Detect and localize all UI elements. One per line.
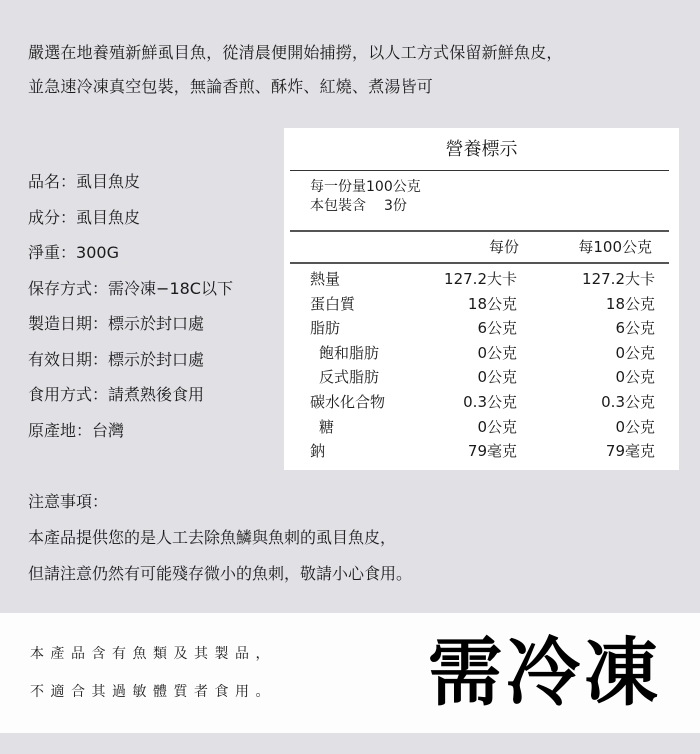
column-header-per-serving: 每份 bbox=[489, 236, 519, 257]
nutrition-facts-panel: 營養標示 每一份量100公克 本包裝含3份 每份 每100公克 熱量127.2大… bbox=[284, 128, 679, 470]
spec-ingredients: 成分：虱目魚皮 bbox=[28, 200, 233, 236]
serving-size: 每一份量100公克 bbox=[310, 178, 421, 197]
notice-section: 注意事項： 本產品提供您的是人工去除魚鱗與魚刺的虱目魚皮， 但請注意仍然有可能殘… bbox=[28, 484, 412, 592]
intro-line: 並急速冷凍真空包裝，無論香煎、酥炸、紅燒、煮湯皆可 bbox=[28, 70, 688, 104]
nutrition-rows: 熱量127.2大卡127.2大卡 蛋白質18公克18公克 脂肪6公克6公克 飽和… bbox=[284, 267, 679, 464]
notice-line: 但請注意仍然有可能殘存微小的魚刺，敬請小心食用。 bbox=[28, 556, 412, 592]
spec-net-weight: 淨重：300G bbox=[28, 235, 233, 271]
serving-info: 每一份量100公克 本包裝含3份 bbox=[310, 178, 421, 216]
column-header-per-100g: 每100公克 bbox=[578, 236, 652, 257]
product-specs: 品名：虱目魚皮 成分：虱目魚皮 淨重：300G 保存方式：需冷凍−18C以下 製… bbox=[28, 164, 233, 448]
spec-usage: 食用方式：請煮熟後食用 bbox=[28, 377, 233, 413]
allergy-banner: 本產品含有魚類及其製品， 不適合其過敏體質者食用。 需冷凍 bbox=[0, 613, 700, 733]
nutrition-row: 反式脂肪0公克0公克 bbox=[284, 365, 679, 390]
intro-text: 嚴選在地養殖新鮮虱目魚，從清晨便開始捕撈，以人工方式保留新鮮魚皮， 並急速冷凍真… bbox=[28, 36, 688, 104]
spec-expiry-date: 有效日期：標示於封口處 bbox=[28, 342, 233, 378]
allergy-line: 本產品含有魚類及其製品， bbox=[30, 635, 276, 673]
nutrition-row: 熱量127.2大卡127.2大卡 bbox=[284, 267, 679, 292]
divider bbox=[290, 262, 669, 264]
divider bbox=[290, 170, 669, 171]
allergy-line: 不適合其過敏體質者食用。 bbox=[30, 673, 276, 711]
nutrition-row: 糖0公克0公克 bbox=[284, 415, 679, 440]
nutrition-title: 營養標示 bbox=[284, 128, 679, 168]
nutrition-row: 碳水化合物0.3公克0.3公克 bbox=[284, 390, 679, 415]
notice-heading: 注意事項： bbox=[28, 484, 412, 520]
nutrition-row: 鈉79毫克79毫克 bbox=[284, 439, 679, 464]
keep-frozen-label: 需冷凍 bbox=[428, 625, 662, 721]
divider bbox=[290, 230, 669, 232]
nutrition-row: 蛋白質18公克18公克 bbox=[284, 292, 679, 317]
spec-name: 品名：虱目魚皮 bbox=[28, 164, 233, 200]
nutrition-row: 飽和脂肪0公克0公克 bbox=[284, 341, 679, 366]
notice-line: 本產品提供您的是人工去除魚鱗與魚刺的虱目魚皮， bbox=[28, 520, 412, 556]
servings-per-package: 本包裝含3份 bbox=[310, 197, 421, 216]
spec-manufacture-date: 製造日期：標示於封口處 bbox=[28, 306, 233, 342]
intro-line: 嚴選在地養殖新鮮虱目魚，從清晨便開始捕撈，以人工方式保留新鮮魚皮， bbox=[28, 36, 688, 70]
spec-origin: 原產地：台灣 bbox=[28, 413, 233, 449]
spec-storage: 保存方式：需冷凍−18C以下 bbox=[28, 271, 233, 307]
nutrition-row: 脂肪6公克6公克 bbox=[284, 316, 679, 341]
allergy-warning: 本產品含有魚類及其製品， 不適合其過敏體質者食用。 bbox=[30, 635, 276, 711]
